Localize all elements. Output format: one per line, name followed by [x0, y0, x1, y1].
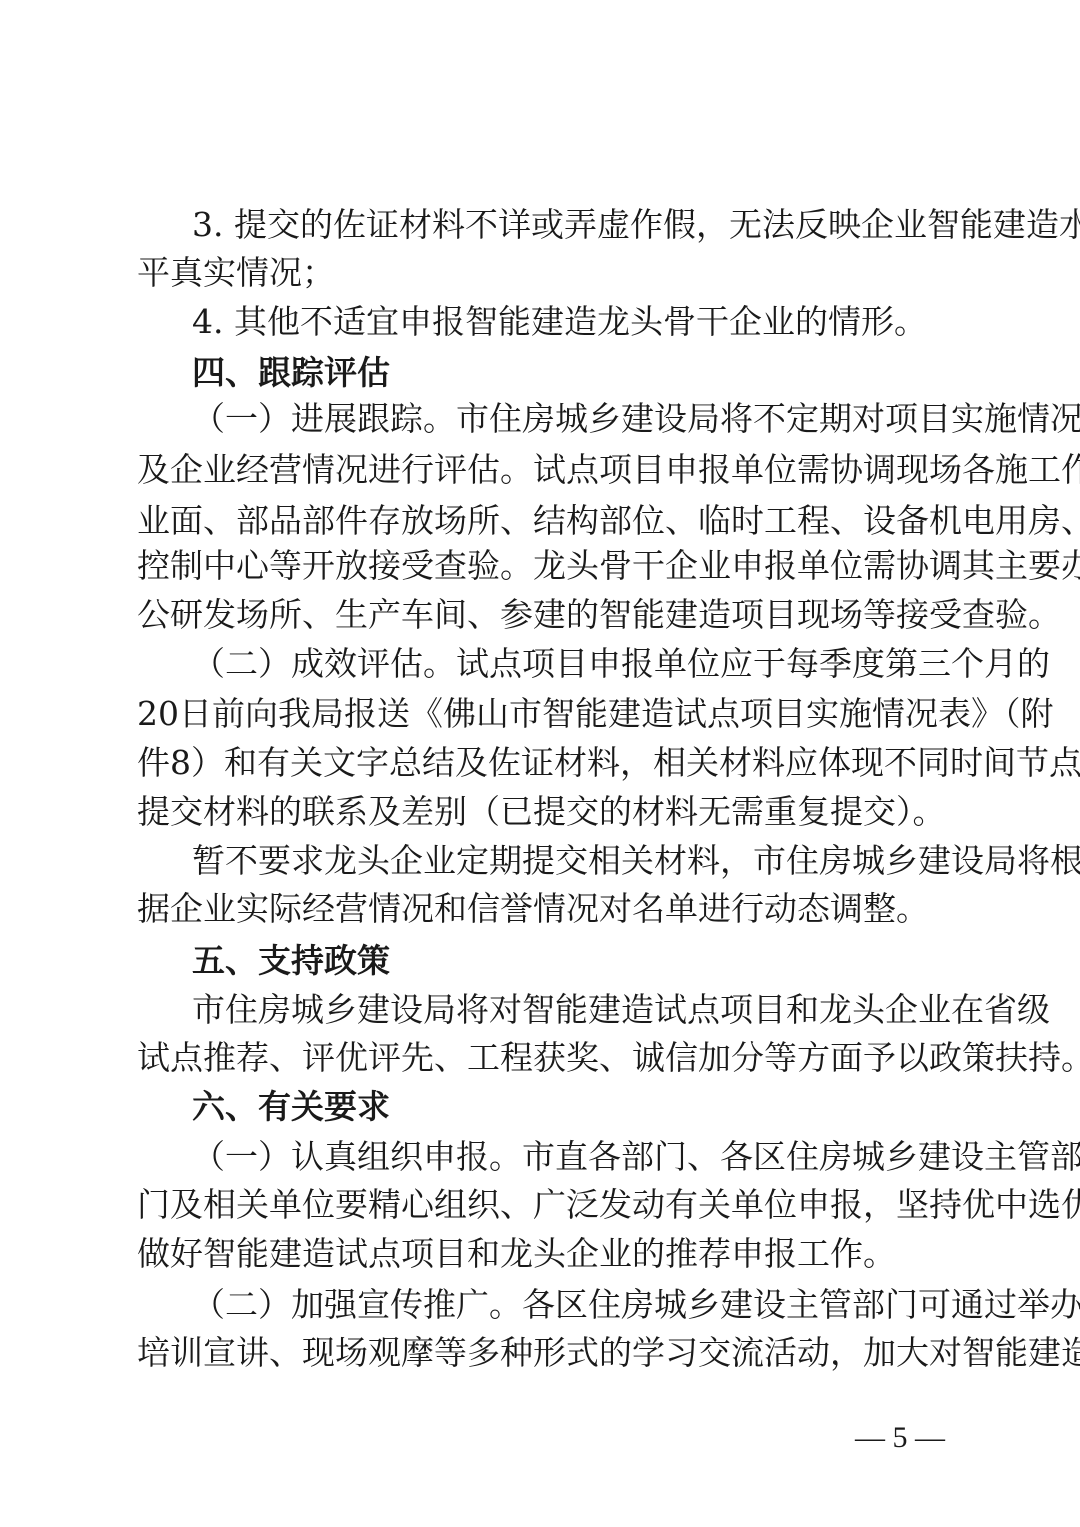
paragraph-leading-enterprise-line-1: 暂不要求龙头企业定期提交相关材料，市住房城乡建设局将根: [192, 839, 945, 883]
paragraph-progress-tracking-line-4: 控制中心等开放接受查验。龙头骨干企业申报单位需协调其主要办: [137, 544, 945, 588]
paragraph-progress-tracking-line-2: 及企业经营情况进行评估。试点项目申报单位需协调现场各施工作: [137, 448, 945, 492]
section-heading-tracking-evaluation: 四、跟踪评估: [192, 351, 945, 395]
section-heading-requirements: 六、有关要求: [192, 1085, 945, 1129]
paragraph-promotion-line-1: （二）加强宣传推广。各区住房城乡建设主管部门可通过举办: [192, 1283, 945, 1327]
paragraph-effect-evaluation-line-3: 件8）和有关文字总结及佐证材料，相关材料应体现不同时间节点: [137, 741, 945, 785]
paragraph-support-policy-line-2: 试点推荐、评优评先、工程获奖、诚信加分等方面予以政策扶持。: [137, 1036, 945, 1080]
paragraph-item-3-line-1: 3. 提交的佐证材料不详或弄虚作假，无法反映企业智能建造水: [192, 203, 945, 247]
paragraph-progress-tracking-line-5: 公研发场所、生产车间、参建的智能建造项目现场等接受查验。: [137, 593, 945, 637]
paragraph-organize-application-line-2: 门及相关单位要精心组织、广泛发动有关单位申报，坚持优中选优，: [137, 1183, 945, 1227]
paragraph-effect-evaluation-line-4: 提交材料的联系及差别（已提交的材料无需重复提交）。: [137, 790, 945, 834]
paragraph-support-policy-line-1: 市住房城乡建设局将对智能建造试点项目和龙头企业在省级: [192, 988, 945, 1032]
paragraph-progress-tracking-line-3: 业面、部品部件存放场所、结构部位、临时工程、设备机电用房、: [137, 499, 945, 543]
section-heading-support-policy: 五、支持政策: [192, 939, 945, 983]
paragraph-item-3-line-2: 平真实情况；: [137, 251, 945, 295]
paragraph-leading-enterprise-line-2: 据企业实际经营情况和信誉情况对名单进行动态调整。: [137, 887, 945, 931]
document-page: 3. 提交的佐证材料不详或弄虚作假，无法反映企业智能建造水 平真实情况； 4. …: [0, 0, 1080, 1527]
page-number: — 5 —: [850, 1418, 950, 1458]
paragraph-effect-evaluation-line-1: （二）成效评估。试点项目申报单位应于每季度第三个月的: [192, 642, 945, 686]
paragraph-promotion-line-2: 培训宣讲、现场观摩等多种形式的学习交流活动，加大对智能建造: [137, 1331, 945, 1375]
paragraph-organize-application-line-3: 做好智能建造试点项目和龙头企业的推荐申报工作。: [137, 1232, 945, 1276]
paragraph-item-4: 4. 其他不适宜申报智能建造龙头骨干企业的情形。: [192, 300, 945, 344]
paragraph-organize-application-line-1: （一）认真组织申报。市直各部门、各区住房城乡建设主管部: [192, 1135, 945, 1179]
paragraph-progress-tracking-line-1: （一）进展跟踪。市住房城乡建设局将不定期对项目实施情况: [192, 397, 945, 441]
paragraph-effect-evaluation-line-2: 20日前向我局报送《佛山市智能建造试点项目实施情况表》（附: [137, 692, 945, 736]
